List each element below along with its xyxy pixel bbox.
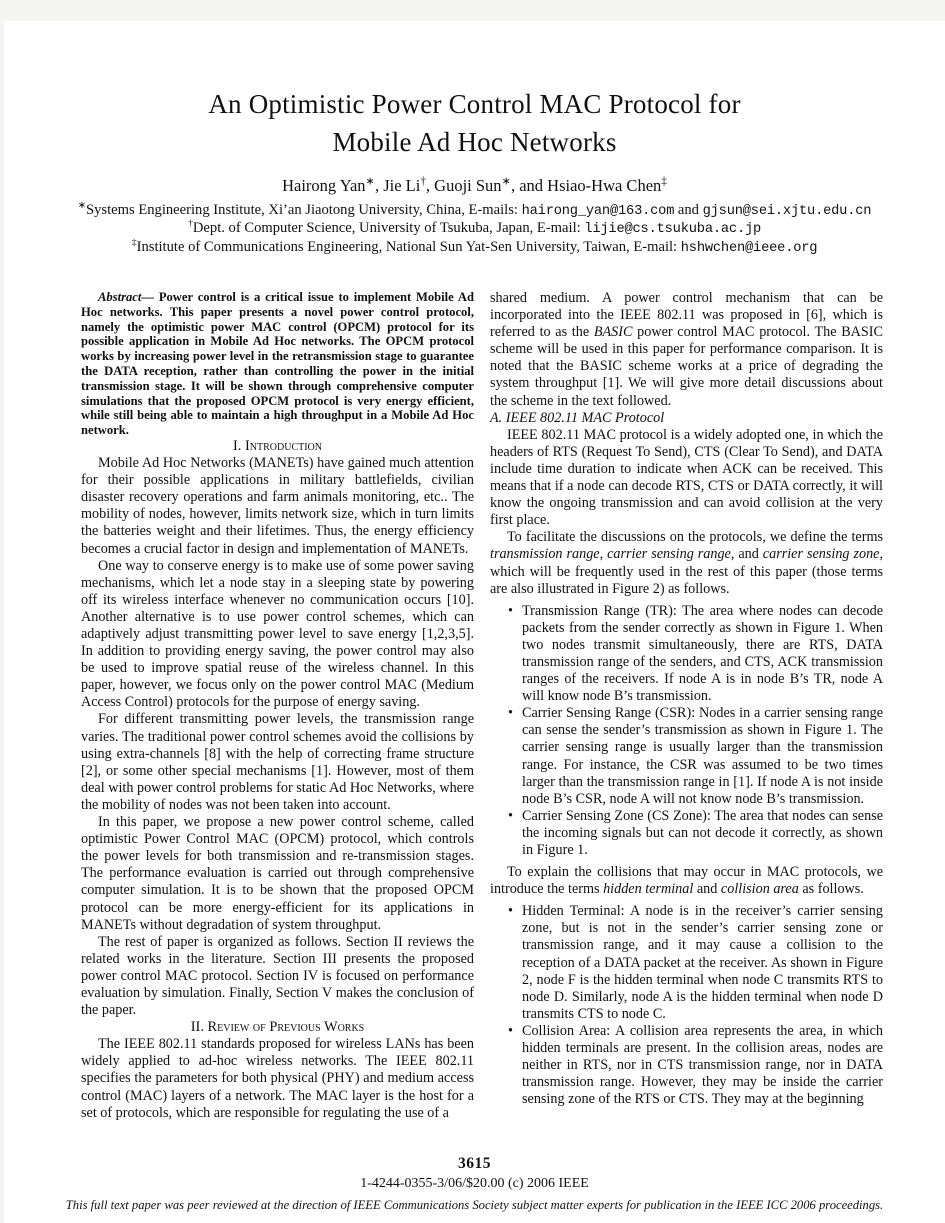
paper-title-line-2: Mobile Ad Hoc Networks xyxy=(4,123,945,161)
abstract-paragraph: Abstract— Power control is a critical is… xyxy=(81,290,474,438)
mac-paragraph-3: To explain the collisions that may occur… xyxy=(490,864,883,898)
two-column-body: Abstract— Power control is a critical is… xyxy=(81,290,883,1122)
mac-paragraph-2: To facilitate the discussions on the pro… xyxy=(490,529,883,597)
paper-title: An Optimistic Power Control MAC Protocol… xyxy=(4,85,945,161)
definition-item-carrier-sensing-range: Carrier Sensing Range (CSR): Nodes in a … xyxy=(522,705,883,808)
mac-paragraph-1: IEEE 802.11 MAC protocol is a widely ado… xyxy=(490,427,883,530)
affiliation-line-3: ‡Institute of Communications Engineering… xyxy=(4,239,945,257)
affiliation-line-1: ∗Systems Engineering Institute, Xi’an Ji… xyxy=(4,202,945,220)
footer-copyright: 1-4244-0355-3/06/$20.00 (c) 2006 IEEE xyxy=(4,1176,945,1192)
intro-paragraph-1: Mobile Ad Hoc Networks (MANETs) have gai… xyxy=(81,455,474,558)
subsection-heading-mac-protocol: A. IEEE 802.11 MAC Protocol xyxy=(490,410,883,427)
definition-item-collision-area: Collision Area: A collision area represe… xyxy=(522,1023,883,1108)
affiliations-block: ∗Systems Engineering Institute, Xi’an Ji… xyxy=(4,202,945,257)
section-heading-review: II. Review of Previous Works xyxy=(81,1019,474,1036)
definition-item-transmission-range: Transmission Range (TR): The area where … xyxy=(522,603,883,706)
definition-item-carrier-sensing-zone: Carrier Sensing Zone (CS Zone): The area… xyxy=(522,808,883,859)
authors-line: Hairong Yan∗, Jie Li†, Guoji Sun∗, and H… xyxy=(4,176,945,196)
intro-paragraph-3: For different transmitting power levels,… xyxy=(81,711,474,814)
definition-item-hidden-terminal: Hidden Terminal: A node is in the receiv… xyxy=(522,903,883,1023)
footer-peer-review-note: This full text paper was peer reviewed a… xyxy=(4,1198,945,1213)
paper-title-line-1: An Optimistic Power Control MAC Protocol… xyxy=(4,85,945,123)
intro-paragraph-2: One way to conserve energy is to make us… xyxy=(81,558,474,712)
left-column: Abstract— Power control is a critical is… xyxy=(81,290,474,1122)
review-paragraph-2: shared medium. A power control mechanism… xyxy=(490,290,883,410)
intro-paragraph-4: In this paper, we propose a new power co… xyxy=(81,814,474,934)
paper-page: An Optimistic Power Control MAC Protocol… xyxy=(4,21,945,1223)
intro-paragraph-5: The rest of paper is organized as follow… xyxy=(81,934,474,1019)
affiliation-line-2: †Dept. of Computer Science, University o… xyxy=(4,220,945,238)
right-column: shared medium. A power control mechanism… xyxy=(490,290,883,1122)
document-viewer-background: { "header": { "title_line1": "An Optimis… xyxy=(0,0,945,1223)
footer-page-number: 3615 xyxy=(4,1155,945,1173)
range-definition-list: Transmission Range (TR): The area where … xyxy=(490,603,883,859)
review-paragraph-1: The IEEE 802.11 standards proposed for w… xyxy=(81,1036,474,1121)
collision-definition-list: Hidden Terminal: A node is in the receiv… xyxy=(490,903,883,1108)
section-heading-introduction: I. Introduction xyxy=(81,438,474,455)
